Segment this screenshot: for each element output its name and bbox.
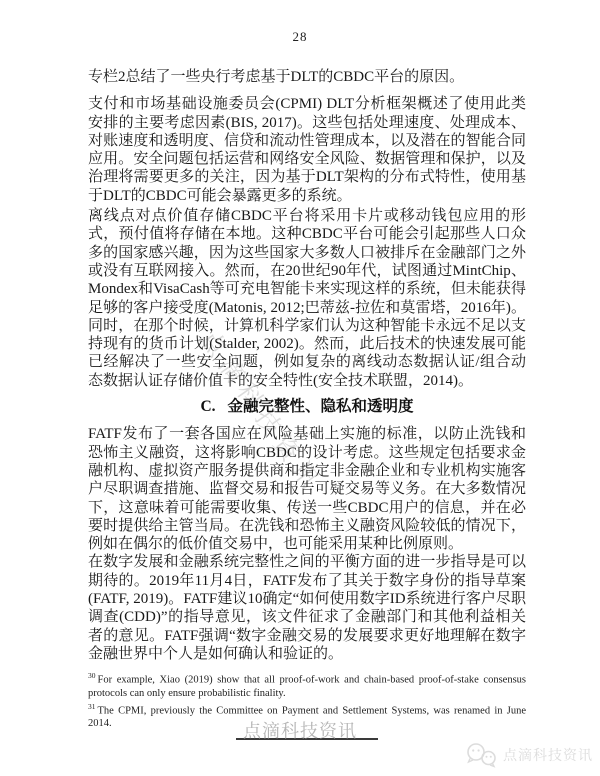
paragraph-offline-cbdc: 离线点对点价值存储CBDC平台将采用卡片或移动钱包应用的形式，预付值将存储在本地… <box>88 207 526 390</box>
footnote-30: 30For example, Xiao (2019) show that all… <box>88 669 526 700</box>
section-heading-label: C. <box>200 398 215 415</box>
bottom-right-brand-text: 点滴科技资讯 <box>503 745 593 765</box>
document-page: 28 点滴科技资讯 专栏2总结了一些央行考虑基于DLT的CBDC平台的原因。 支… <box>0 0 600 776</box>
footnote-30-marker: 30 <box>88 671 96 680</box>
page-number: 28 <box>0 29 600 45</box>
paragraph-cpmi-framework: 支付和市场基础设施委员会(CPMI) DLT分析框架概述了使用此类安排的主要考虑… <box>88 95 526 205</box>
footnote-30-text: For example, Xiao (2019) show that all p… <box>88 675 526 699</box>
paragraph-fatf-standards: FATF发布了一套各国应在风险基础上实施的标准，以防止洗钱和恐怖主义融资，这将影… <box>88 425 526 553</box>
section-heading: C.金融完整性、隐私和透明度 <box>88 398 526 416</box>
paragraph-digital-identity: 在数字发展和金融系统完整性之间的平衡方面的进一步指导是可以期待的。2019年11… <box>88 553 526 663</box>
footnote-31-marker: 31 <box>88 702 96 711</box>
section-heading-title: 金融完整性、隐私和透明度 <box>228 398 414 415</box>
paragraph-box2-summary: 专栏2总结了一些央行考虑基于DLT的CBDC平台的原因。 <box>88 68 526 86</box>
document-body: 专栏2总结了一些央行考虑基于DLT的CBDC平台的原因。 支付和市场基础设施委员… <box>88 68 526 745</box>
bottom-center-watermark: 点滴科技资讯 <box>0 717 600 743</box>
bottom-right-brand: 点滴科技资讯 <box>464 742 593 768</box>
chat-bubbles-logo-icon <box>464 742 498 768</box>
